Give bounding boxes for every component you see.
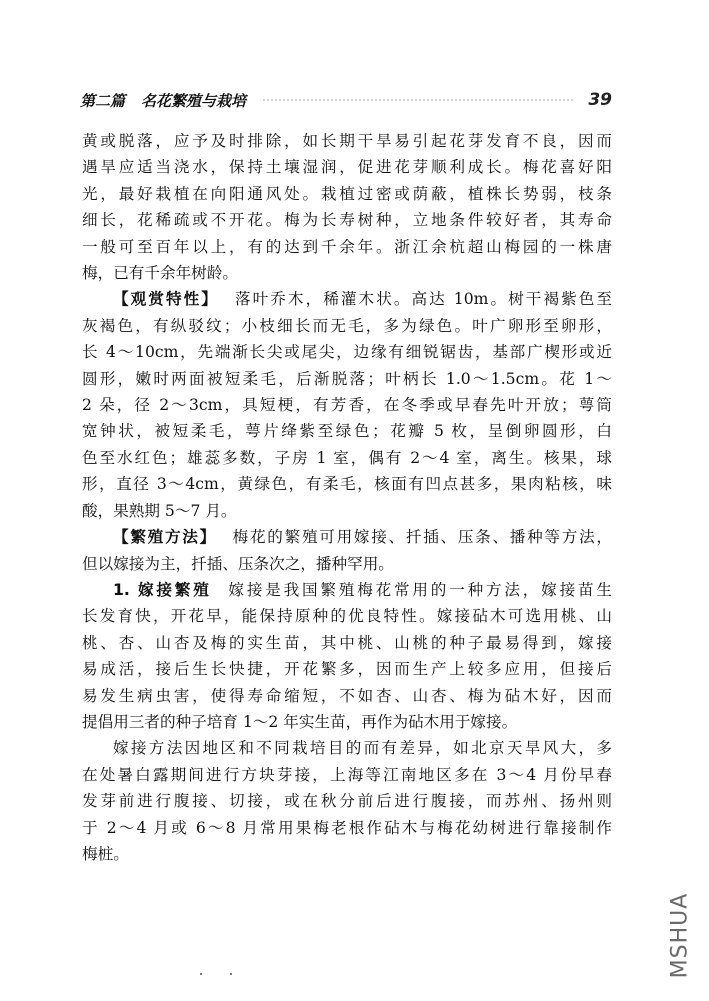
text-line: 长 4～10cm，先端渐长尖或尾尖，边缘有细锐锯齿，基部广楔形或近 bbox=[82, 339, 612, 365]
paragraph-propagation-methods: 【繁殖方法】梅花的繁殖可用嫁接、扦插、压条、播种等方法， 但以嫁接为主，扦插、压… bbox=[82, 524, 612, 577]
text-line: 圆形，嫩时两面被短柔毛，后渐脱落；叶柄长 1.0～1.5cm。花 1～ bbox=[82, 366, 612, 392]
text-line: 长发育快，开花早，能保持原种的优良特性。嫁接砧木可选用桃、山 bbox=[82, 603, 612, 629]
text-line: 提倡用三者的种子培育 1～2 年实生苗，再作为砧木用于嫁接。 bbox=[82, 709, 612, 735]
subsection-label: 1. 嫁接繁殖 bbox=[113, 581, 212, 599]
text-fragment: 落叶乔木，稀灌木状。高达 10m。树干褐紫色至 bbox=[233, 290, 612, 308]
text-line: 遇旱应适当浇水，保持土壤湿润，促进花芽顺利成长。梅花喜好阳 bbox=[82, 154, 612, 180]
page-body: 黄或脱落，应予及时排除，如长期干旱易引起花芽发育不良，因而 遇旱应适当浇水，保持… bbox=[82, 128, 612, 867]
part-label: 第二篇 bbox=[80, 90, 125, 111]
watermark: MSHUA bbox=[660, 880, 700, 990]
running-header: 第二篇 名花繁殖与栽培 39 bbox=[80, 88, 612, 112]
paragraph-ornamental-features: 【观赏特性】落叶乔木，稀灌木状。高达 10m。树干褐紫色至 灰褐色，有纵驳纹；小… bbox=[82, 286, 612, 524]
text-line: 易成活，接后生长快捷，开花繁多，因而生产上较多应用，但接后 bbox=[82, 656, 612, 682]
text-line: 桃、杏、山杏及梅的实生苗，其中桃、山桃的种子最易得到，嫁接 bbox=[82, 630, 612, 656]
text-line: 易发生病虫害，使得寿命缩短，不如杏、山杏、梅为砧木好，因而 bbox=[82, 683, 612, 709]
text-line: 酸，果熟期 5～7 月。 bbox=[82, 498, 612, 524]
text-fragment: 嫁接是我国繁殖梅花常用的一种方法，嫁接苗生 bbox=[226, 581, 612, 599]
text-line: 2 朵，径 2～3cm，具短梗，有芳香，在冬季或早春先叶开放；萼筒 bbox=[82, 392, 612, 418]
text-line: 梅桩。 bbox=[82, 841, 612, 867]
section-label: 【观赏特性】 bbox=[113, 290, 219, 308]
text-line: 光，最好栽植在向阳通风处。栽植过密或荫蔽，植株长势弱，枝条 bbox=[82, 181, 612, 207]
text-line: 黄或脱落，应予及时排除，如长期干旱易引起花芽发育不良，因而 bbox=[82, 128, 612, 154]
text-line: 在处暑白露期间进行方块芽接，上海等江南地区多在 3～4 月份早春 bbox=[82, 762, 612, 788]
text-line: 于 2～4 月或 6～8 月常用果梅老根作砧木与梅花幼树进行靠接制作 bbox=[82, 815, 612, 841]
dotted-leader bbox=[262, 97, 574, 103]
text-line: 梅，已有千余年树龄。 bbox=[82, 260, 612, 286]
text-line: 形，直径 3～4cm，黄绿色，有柔毛，核面有凹点甚多，果肉粘核，味 bbox=[82, 471, 612, 497]
text-line: 一般可至百年以上，有的达到千余年。浙江余杭超山梅园的一株唐 bbox=[82, 234, 612, 260]
text-line-with-label: 【繁殖方法】梅花的繁殖可用嫁接、扦插、压条、播种等方法， bbox=[82, 524, 612, 550]
text-line: 但以嫁接为主，扦插、压条次之，播种罕用。 bbox=[82, 551, 612, 577]
paragraph-grafting: 1. 嫁接繁殖嫁接是我国繁殖梅花常用的一种方法，嫁接苗生 长发育快，开花早，能保… bbox=[82, 577, 612, 735]
text-fragment: 梅花的繁殖可用嫁接、扦插、压条、播种等方法， bbox=[231, 528, 612, 546]
text-line-with-label: 1. 嫁接繁殖嫁接是我国繁殖梅花常用的一种方法，嫁接苗生 bbox=[82, 577, 612, 603]
part-title: 名花繁殖与栽培 bbox=[141, 90, 246, 111]
page-number: 39 bbox=[588, 90, 612, 110]
section-label: 【繁殖方法】 bbox=[113, 528, 217, 546]
text-line: 细长，花稀疏或不开花。梅为长寿树种，立地条件较好者，其寿命 bbox=[82, 207, 612, 233]
text-line: 宽钟状，被短柔毛，萼片绛紫至绿色；花瓣 5 枚，呈倒卵圆形，白 bbox=[82, 418, 612, 444]
watermark-text: MSHUA bbox=[668, 892, 693, 978]
text-line: 灰褐色，有纵驳纹；小枝细长而无毛，多为绿色。叶广卵形至卵形， bbox=[82, 313, 612, 339]
text-line: 嫁接方法因地区和不同栽培目的而有差异，如北京天旱风大，多 bbox=[82, 735, 612, 761]
paragraph-cultivation-continued: 黄或脱落，应予及时排除，如长期干旱易引起花芽发育不良，因而 遇旱应适当浇水，保持… bbox=[82, 128, 612, 286]
text-line: 发芽前进行腹接、切接，或在秋分前后进行腹接，而苏州、扬州则 bbox=[82, 788, 612, 814]
text-line-with-label: 【观赏特性】落叶乔木，稀灌木状。高达 10m。树干褐紫色至 bbox=[82, 286, 612, 312]
text-line: 色至水红色；雄蕊多数，子房 1 室，偶有 2～4 室，离生。核果，球 bbox=[82, 445, 612, 471]
scan-specks bbox=[198, 972, 248, 976]
paragraph-grafting-methods: 嫁接方法因地区和不同栽培目的而有差异，如北京天旱风大，多 在处暑白露期间进行方块… bbox=[82, 735, 612, 867]
